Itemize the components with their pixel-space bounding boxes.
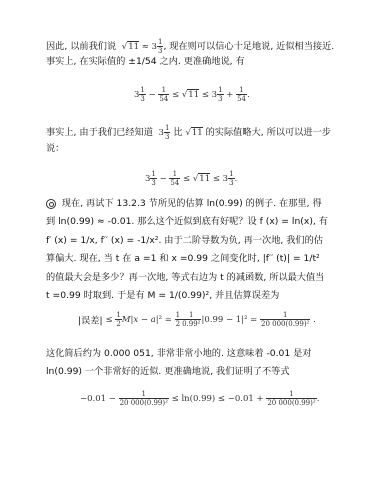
text: 因此, 以前我们说	[46, 41, 116, 52]
paragraph-4-line-5: 的值最大会是多少？再一次地, 等式右边为 t 的减函数, 所以最大值当	[46, 272, 324, 284]
target-icon	[46, 199, 56, 209]
paragraph-3-end: 说：	[46, 143, 64, 155]
equation-2: 313 − 154 ≤ √11 ≤ 313.	[145, 170, 237, 187]
paragraph-4-line-6: t =0.99 时取到. 于是有 M = 1/(0.99)², 并且估算误差为	[46, 290, 279, 302]
mixed-number: 313	[156, 128, 171, 138]
paragraph-4-line-4: 算偏大. 现在, 当 t 在 a =1 和 x =0.99 之间变化时, |f′…	[46, 253, 320, 265]
text: 现在, 再试下 13.2.3 节所见的估算 ln(0.99) 的例子. 在那里,…	[62, 198, 322, 209]
equation-4: −0.01 − 120 000(0.99)² ≤ ln(0.99) ≤ −0.0…	[80, 390, 319, 407]
equation-1: 313 − 154 ≤ √11 ≤ 313 + 154.	[134, 86, 250, 103]
sqrt11: √11	[185, 127, 202, 138]
text: 的实际值略大, 所以可以进一步	[206, 127, 331, 138]
paragraph-5-line-2: ln(0.99) 一个非常好的近似. 更准确地说, 我们证明了不等式	[46, 366, 290, 378]
paragraph-4-line-3: f′ (x) = 1/x, f′′ (x) = -1/x². 由于二阶导数为负,…	[46, 235, 323, 247]
paragraph-4-line-2: 到 ln(0.99) ≈ -0.01. 那么这个近似到底有好呢？设 f (x) …	[46, 216, 328, 228]
text: , 现在则可以信心十足地说, 近似相当接近.	[163, 41, 334, 52]
sqrt11-approx: √11 ≈ 313	[119, 42, 163, 52]
paragraph-5-line-1: 这化简后约为 0.000 051, 非常非常小地的. 这意味着 -0.01 是对	[46, 348, 312, 360]
text: 比	[173, 127, 182, 138]
error-bound: ≤ 12M|x − a|² = 1210.99²|0.99 − 1|² = 12…	[106, 315, 316, 325]
paragraph-4-line-1: 现在, 再试下 13.2.3 节所见的估算 ln(0.99) 的例子. 在那里,…	[46, 198, 322, 210]
paragraph-3: 事实上, 由于我们已经知道 313 比 √11 的实际值略大, 所以可以进一步	[46, 124, 331, 141]
paragraph-1: 因此, 以前我们说 √11 ≈ 313, 现在则可以信心十足地说, 近似相当接近…	[46, 38, 334, 55]
text: 事实上, 由于我们已经知道	[46, 127, 153, 138]
equation-3: |误差| ≤ 12M|x − a|² = 1210.99²|0.99 − 1|²…	[78, 311, 316, 328]
error-label: |误差|	[78, 316, 103, 327]
paragraph-2: 事实上, 在实际值的 ±1/54 之内. 更准确地说, 有	[46, 56, 245, 68]
